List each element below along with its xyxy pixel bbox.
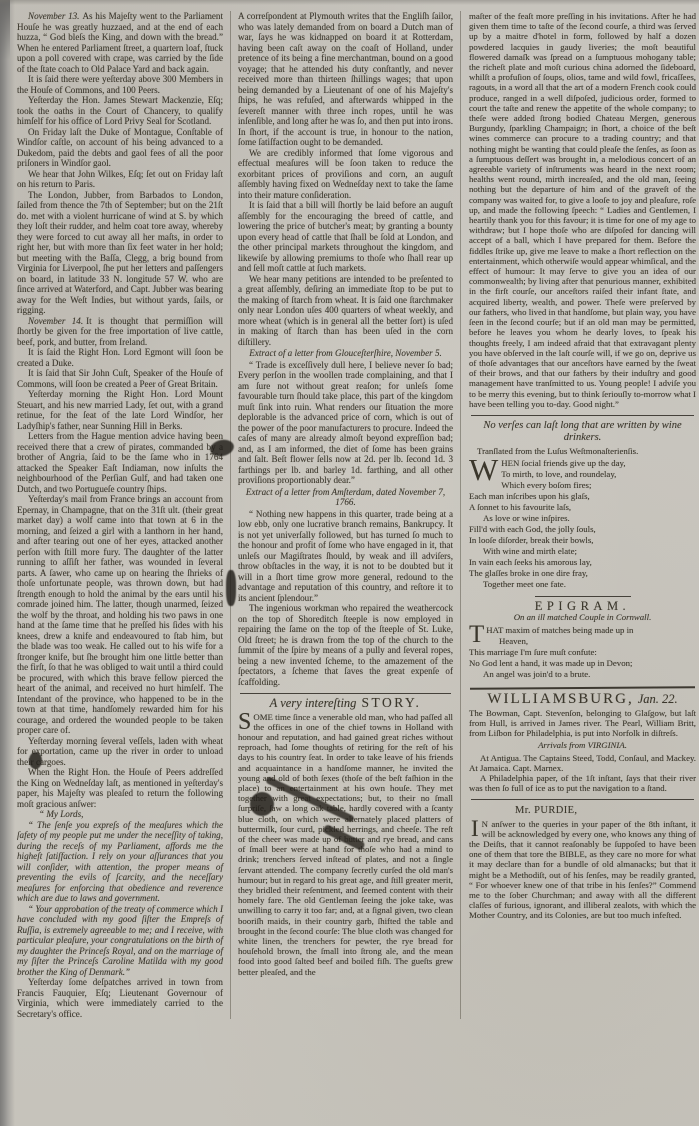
drop-cap: I <box>471 819 479 838</box>
news-item: We are credibly informed that ſome vigor… <box>238 148 453 201</box>
letter-text: N anſwer to the queries in your paper of… <box>469 819 696 921</box>
ink-blot <box>226 570 236 606</box>
poem-line: No God lent a hand, it was made up in De… <box>469 658 696 669</box>
news-item: Yeſterday ſome deſpatches arrived in tow… <box>17 977 223 1019</box>
news-item: The London, Jubber, from Barbados to Lon… <box>17 190 223 316</box>
news-item: It is ſaid the Right Hon. Lord Egmont wi… <box>17 347 223 368</box>
news-item: Yeſterday morning ſeveral veſſels, laden… <box>17 736 223 768</box>
poem-line: HAT maxim of matches being made up in <box>469 625 696 636</box>
newspaper-page: November 13.As his Majeſty went to the P… <box>0 0 699 1126</box>
ink-blot <box>250 792 274 816</box>
news-item: When the Right Hon. the Houſe of Peers a… <box>17 767 223 809</box>
letter-extract-heading: Extract of a letter from Glouceſterſhire… <box>238 348 453 359</box>
ink-blot <box>29 752 42 769</box>
williamsburg-dateline: WILLIAMSBURG,Jan. 22. <box>469 694 696 705</box>
poem-line: A ſonnet to his favourite laſs, <box>469 502 696 513</box>
epigram-subheading: On an ill matched Couple in Cornwall. <box>469 612 696 622</box>
kings-answer-paragraph: “ Your approbation of the treaty of comm… <box>17 904 223 978</box>
news-item: A correſpondent at Plymouth writes that … <box>238 11 453 148</box>
column-1: November 13.As his Majeſty went to the P… <box>17 11 230 1019</box>
section-rule <box>470 686 695 690</box>
translated-line: Tranſlated from the Luſus Weſtmonaſterie… <box>469 446 696 456</box>
kings-answer-salutation: “ My Lords, <box>17 809 223 820</box>
news-item: Yeſterday the Hon. James Stewart Mackenz… <box>17 95 223 127</box>
news-item: On Friday laſt the Duke of Montague, Con… <box>17 127 223 169</box>
divider-rule <box>240 693 451 694</box>
news-item: It is ſaid that a bill will ſhortly be l… <box>238 200 453 274</box>
poem-wine: W HEN ſocial friends give up the day, To… <box>469 458 696 590</box>
story-paragraph: SOME time ſince a venerable old man, who… <box>238 712 453 977</box>
drop-cap: T <box>469 625 484 645</box>
poem-line: This marriage I'm ſure muſt confute: <box>469 647 696 658</box>
poem-line: Which every boſom fires; <box>469 480 696 491</box>
news-item: Letters from the Hague mention advice ha… <box>17 431 223 494</box>
poem-epigram: T HAT maxim of matches being made up in … <box>469 625 696 680</box>
story-heading: A very intereſtingSTORY. <box>238 698 453 710</box>
letter-extract-heading: Extract of a letter from Amſterdam, date… <box>238 487 453 508</box>
drop-cap: W <box>469 458 498 481</box>
poem-line: Together meet one fate. <box>469 579 696 590</box>
shipping-news: The Bowman, Capt. Stevenſon, belonging t… <box>469 708 696 739</box>
column-3: maſter of the feaſt more preſſing in his… <box>460 11 698 1019</box>
poem-line: Each man inſcribes upon his glaſs, <box>469 491 696 502</box>
divider-rule <box>471 799 694 800</box>
divider-rule-short <box>535 596 631 597</box>
poem-line: An angel was join'd to a brute. <box>469 669 696 680</box>
news-item: It is ſaid there were yeſterday above 30… <box>17 74 223 95</box>
verses-heading: No verſes can laſt long that are written… <box>475 420 690 444</box>
news-item: We hear that John Wilkes, Eſq; ſet out o… <box>17 169 223 190</box>
news-item: November 13.As his Majeſty went to the P… <box>17 11 223 74</box>
dateline: November 13. <box>28 11 79 21</box>
page-content: November 13.As his Majeſty went to the P… <box>17 11 698 1019</box>
divider-rule <box>471 415 694 416</box>
poem-line: Fill'd with each God, the jolly ſouls, <box>469 524 696 535</box>
column-2: A correſpondent at Plymouth writes that … <box>230 11 460 1019</box>
story-paragraph-continued: maſter of the feaſt more preſſing in his… <box>469 11 696 409</box>
scan-edge-top <box>0 0 699 5</box>
letter-extract: “ Nothing new happens in this quarter, t… <box>238 509 453 604</box>
arrivals-heading: Arrivals from VIRGINIA. <box>469 740 696 750</box>
drop-cap: S <box>238 713 251 732</box>
poem-line: In looſe diſorder, break their bowls, <box>469 535 696 546</box>
news-item: Yeſterday morning the Right Hon. Lord Mo… <box>17 389 223 431</box>
news-item: It is ſaid that Sir John Cuſt, Speaker o… <box>17 368 223 389</box>
dateline-date: Jan. 22. <box>638 692 678 706</box>
poem-line: In vain each ſeeks his amorous lay, <box>469 557 696 568</box>
letter-to-printer-heading: Mr. PURDIE, <box>515 806 696 816</box>
scan-edge-corner <box>0 0 10 60</box>
story-heading-italic: A very intereſting <box>270 696 357 710</box>
epigram-heading: EPIGRAM. <box>469 601 696 611</box>
story-text: OME time ſince a venerable old man, who … <box>238 712 453 977</box>
letter-extract: “ Trade is exceſſively dull here, I beli… <box>238 360 453 486</box>
news-item: We hear many petitions are intended to b… <box>238 274 453 348</box>
poem-line: Heaven, <box>469 636 696 647</box>
kings-answer-paragraph: “ The ſenſe you expreſs of the meaſures … <box>17 820 223 904</box>
arrivals-item: At Antigua. The Captains Steed, Todd, Co… <box>469 753 696 773</box>
poem-line: To mirth, to love, and roundelay, <box>469 469 696 480</box>
poem-line: With wine and mirth elate; <box>469 546 696 557</box>
poem-line: As love or wine inſpires. <box>469 513 696 524</box>
poem-line: The glaſſes broke in one dire fray, <box>469 568 696 579</box>
dateline-city: WILLIAMSBURG, <box>487 691 633 707</box>
letter-to-printer: IN anſwer to the queries in your paper o… <box>469 819 696 921</box>
news-item: The ingenious workman who repaired the w… <box>238 603 453 687</box>
news-item: November 14.It is thought that permiſſio… <box>17 316 223 348</box>
news-item: Yeſterday's mail from France brings an a… <box>17 494 223 736</box>
poem-line: HEN ſocial friends give up the day, <box>469 458 696 469</box>
dateline: November 14. <box>28 316 83 326</box>
arrivals-item: A Philadelphia paper, of the 1ſt inſtant… <box>469 773 696 793</box>
scan-edge-left <box>0 0 15 1126</box>
story-heading-caps: STORY. <box>361 695 421 710</box>
